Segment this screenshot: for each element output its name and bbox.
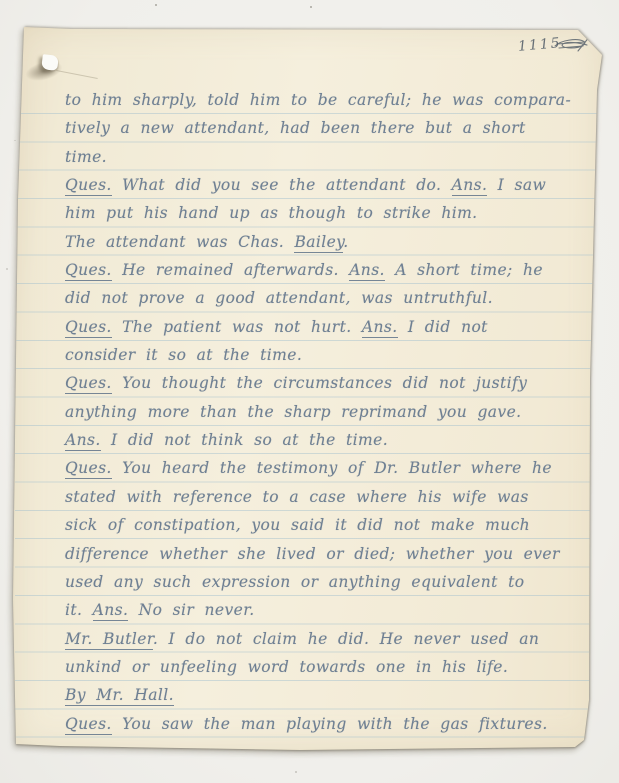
underlined-phrase: Ques. xyxy=(65,261,112,281)
phrase: I did not think so at the time. xyxy=(101,431,388,449)
handwritten-line: The attendant was Chas. Bailey. xyxy=(65,228,593,256)
underlined-phrase: Ans. xyxy=(362,318,398,338)
handwritten-line: By Mr. Hall. xyxy=(65,681,593,709)
handwritten-line: it. Ans. No sir never. xyxy=(65,596,593,624)
phrase: I did not xyxy=(398,318,488,336)
underlined-phrase: Ques. xyxy=(65,459,112,479)
underlined-phrase: By Mr. Hall. xyxy=(65,686,174,706)
phrase: The patient was not hurt. xyxy=(112,318,362,336)
handwriting-text: to him sharply, told him to be careful; … xyxy=(65,86,593,738)
phrase: sick of constipation, you said it did no… xyxy=(65,516,530,534)
phrase: to him sharply, told him to be careful; … xyxy=(65,91,571,109)
handwritten-line: Ques. What did you see the attendant do.… xyxy=(65,171,593,199)
scan-background: 1115 to him sharply, told him to be care… xyxy=(0,0,619,783)
underlined-phrase: Ques. xyxy=(65,176,112,196)
phrase: him put his hand up as though to strike … xyxy=(65,204,478,222)
phrase: A short time; he xyxy=(385,261,543,279)
phrase: . I do not claim he did. He never used a… xyxy=(153,630,539,648)
phrase: did not prove a good attendant, was untr… xyxy=(65,289,493,307)
phrase: You thought the circumstances did not ju… xyxy=(112,374,528,392)
handwritten-line: Ans. I did not think so at the time. xyxy=(65,426,593,454)
paper-shadow: 1115 to him sharply, told him to be care… xyxy=(0,0,619,783)
underlined-phrase: Ques. xyxy=(65,318,112,338)
handwritten-line: unkind or unfeeling word towards one in … xyxy=(65,653,593,681)
handwritten-line: sick of constipation, you said it did no… xyxy=(65,511,593,539)
underlined-phrase: Ans. xyxy=(349,261,385,281)
phrase: it. xyxy=(65,601,93,619)
handwritten-line: anything more than the sharp reprimand y… xyxy=(65,398,593,426)
underlined-phrase: Ques. xyxy=(65,374,112,394)
underlined-phrase: Bailey xyxy=(294,233,343,253)
phrase: You saw the man playing with the gas fix… xyxy=(112,715,548,733)
phrase: The attendant was Chas. xyxy=(65,233,294,251)
phrase: tively a new attendant, had been there b… xyxy=(65,119,526,137)
phrase: You heard the testimony of Dr. Butler wh… xyxy=(112,459,552,477)
handwritten-line: Ques. You heard the testimony of Dr. But… xyxy=(65,454,593,482)
phrase: No sir never. xyxy=(128,601,254,619)
handwritten-line: did not prove a good attendant, was untr… xyxy=(65,284,593,312)
scribble-mark xyxy=(552,33,592,55)
phrase: time. xyxy=(65,148,107,166)
phrase: difference whether she lived or died; wh… xyxy=(65,545,560,563)
handwritten-line: Ques. He remained afterwards. Ans. A sho… xyxy=(65,256,593,284)
underlined-phrase: Ans. xyxy=(93,601,129,621)
phrase: . xyxy=(343,233,348,251)
handwritten-line: Mr. Butler. I do not claim he did. He ne… xyxy=(65,625,593,653)
paper-crease xyxy=(56,70,97,79)
handwritten-line: consider it so at the time. xyxy=(65,341,593,369)
underlined-phrase: Ans. xyxy=(452,176,488,196)
handwritten-line: Ques. You thought the circumstances did … xyxy=(65,369,593,397)
handwritten-line: Ques. You saw the man playing with the g… xyxy=(65,710,593,738)
phrase: used any such expression or anything equ… xyxy=(65,573,524,591)
handwritten-line: used any such expression or anything equ… xyxy=(65,568,593,596)
phrase: anything more than the sharp reprimand y… xyxy=(65,403,522,421)
phrase: consider it so at the time. xyxy=(65,346,302,364)
phrase: He remained afterwards. xyxy=(112,261,349,279)
underlined-phrase: Mr. Butler xyxy=(65,630,153,650)
underlined-phrase: Ques. xyxy=(65,715,112,735)
underlined-phrase: Ans. xyxy=(65,431,101,451)
handwritten-line: stated with reference to a case where hi… xyxy=(65,483,593,511)
paper-sheet: 1115 to him sharply, told him to be care… xyxy=(12,24,604,750)
phrase: stated with reference to a case where hi… xyxy=(65,488,529,506)
handwritten-line: him put his hand up as though to strike … xyxy=(65,199,593,227)
handwritten-line: Ques. The patient was not hurt. Ans. I d… xyxy=(65,313,593,341)
phrase: What did you see the attendant do. xyxy=(112,176,452,194)
phrase: unkind or unfeeling word towards one in … xyxy=(65,658,508,676)
phrase: I saw xyxy=(487,176,546,194)
handwritten-line: to him sharply, told him to be careful; … xyxy=(65,86,593,114)
handwritten-line: difference whether she lived or died; wh… xyxy=(65,540,593,568)
handwritten-line: tively a new attendant, had been there b… xyxy=(65,114,593,142)
handwritten-line: time. xyxy=(65,143,593,171)
paper-tear xyxy=(41,54,59,71)
